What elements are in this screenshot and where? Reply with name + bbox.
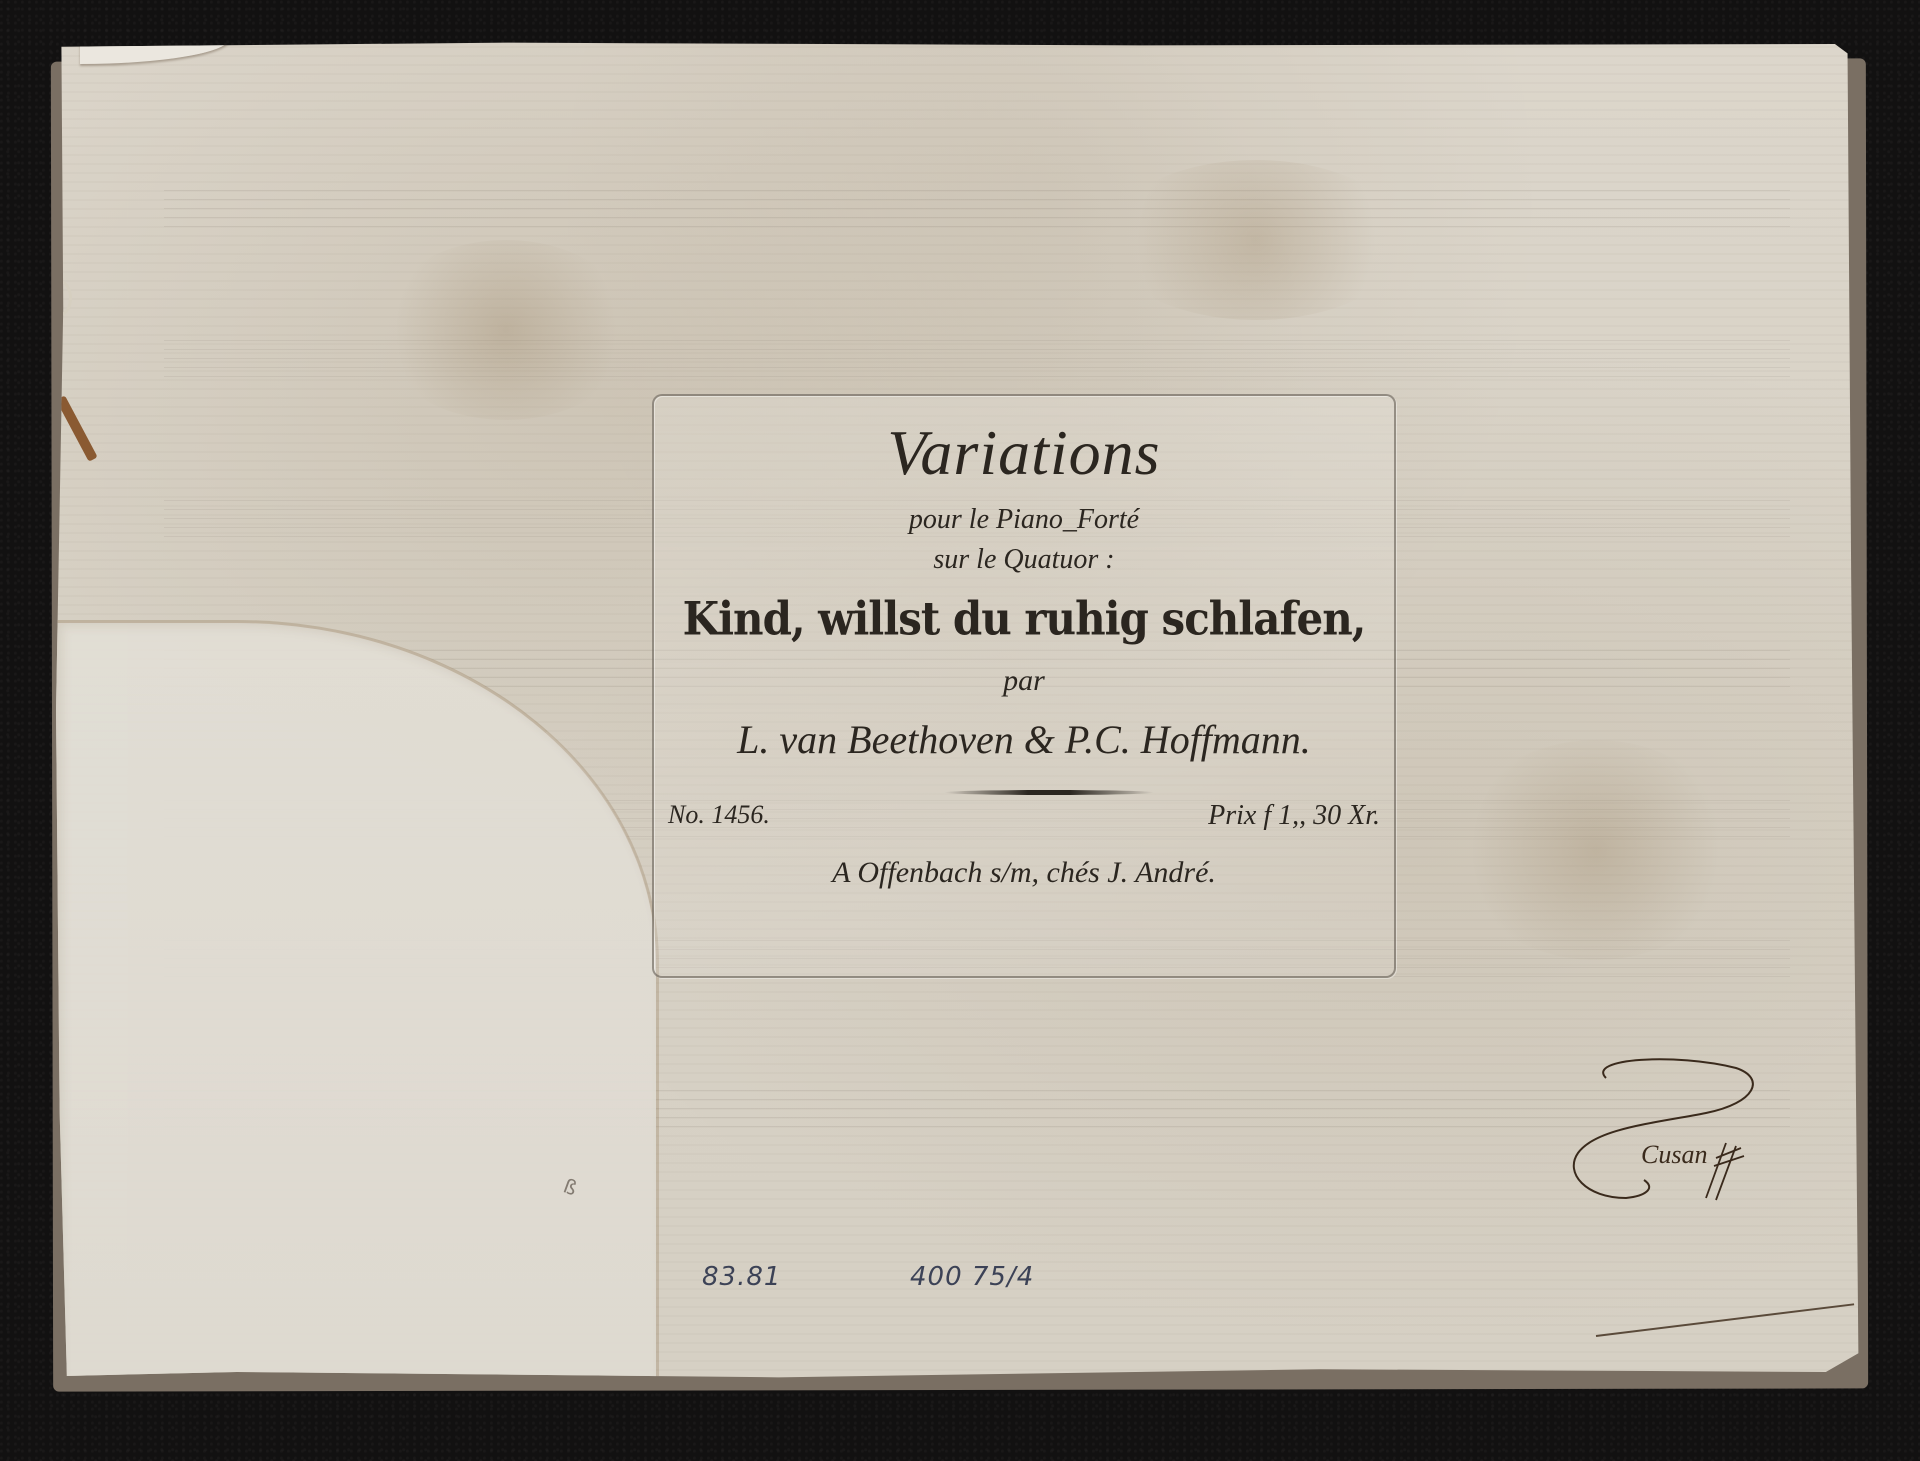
- plate-authors: L. van Beethoven & P.C. Hoffmann.: [654, 716, 1394, 763]
- plate-title: Variations: [654, 416, 1394, 490]
- ornamental-rule: [944, 790, 1154, 795]
- signature-text: Cusan: [1641, 1140, 1707, 1170]
- plate-subtitle-2: sur le Quatuor :: [654, 544, 1394, 576]
- catalog-number-2: 400 75/4: [910, 1262, 1034, 1292]
- spine-tear: [56, 395, 98, 462]
- stain: [1456, 740, 1736, 960]
- signature-flourish-icon: [1566, 1048, 1776, 1223]
- title-page: Variations pour le Piano_Forté sur le Qu…: [56, 40, 1862, 1380]
- stain: [376, 240, 636, 420]
- faint-staff: [164, 190, 1789, 230]
- plate-by: par: [654, 664, 1394, 698]
- catalog-number-1: 83.81: [702, 1262, 781, 1292]
- plate-price: Prix f 1,, 30 Xr.: [1208, 800, 1380, 832]
- plate-subtitle-1: pour le Piano_Forté: [654, 504, 1394, 536]
- engraved-plate: Variations pour le Piano_Forté sur le Qu…: [652, 394, 1396, 978]
- signature: Cusan: [1566, 1048, 1776, 1223]
- repair-patch-edge: [56, 620, 659, 1383]
- faint-staff: [164, 340, 1789, 380]
- bottom-crack: [1596, 1303, 1854, 1337]
- plate-number: No. 1456.: [668, 800, 770, 830]
- stain: [1106, 160, 1406, 320]
- plate-publisher: A Offenbach s/m, chés J. André.: [654, 856, 1394, 890]
- plate-song-title: Kind, willst du ruhig schlafen,: [654, 592, 1394, 646]
